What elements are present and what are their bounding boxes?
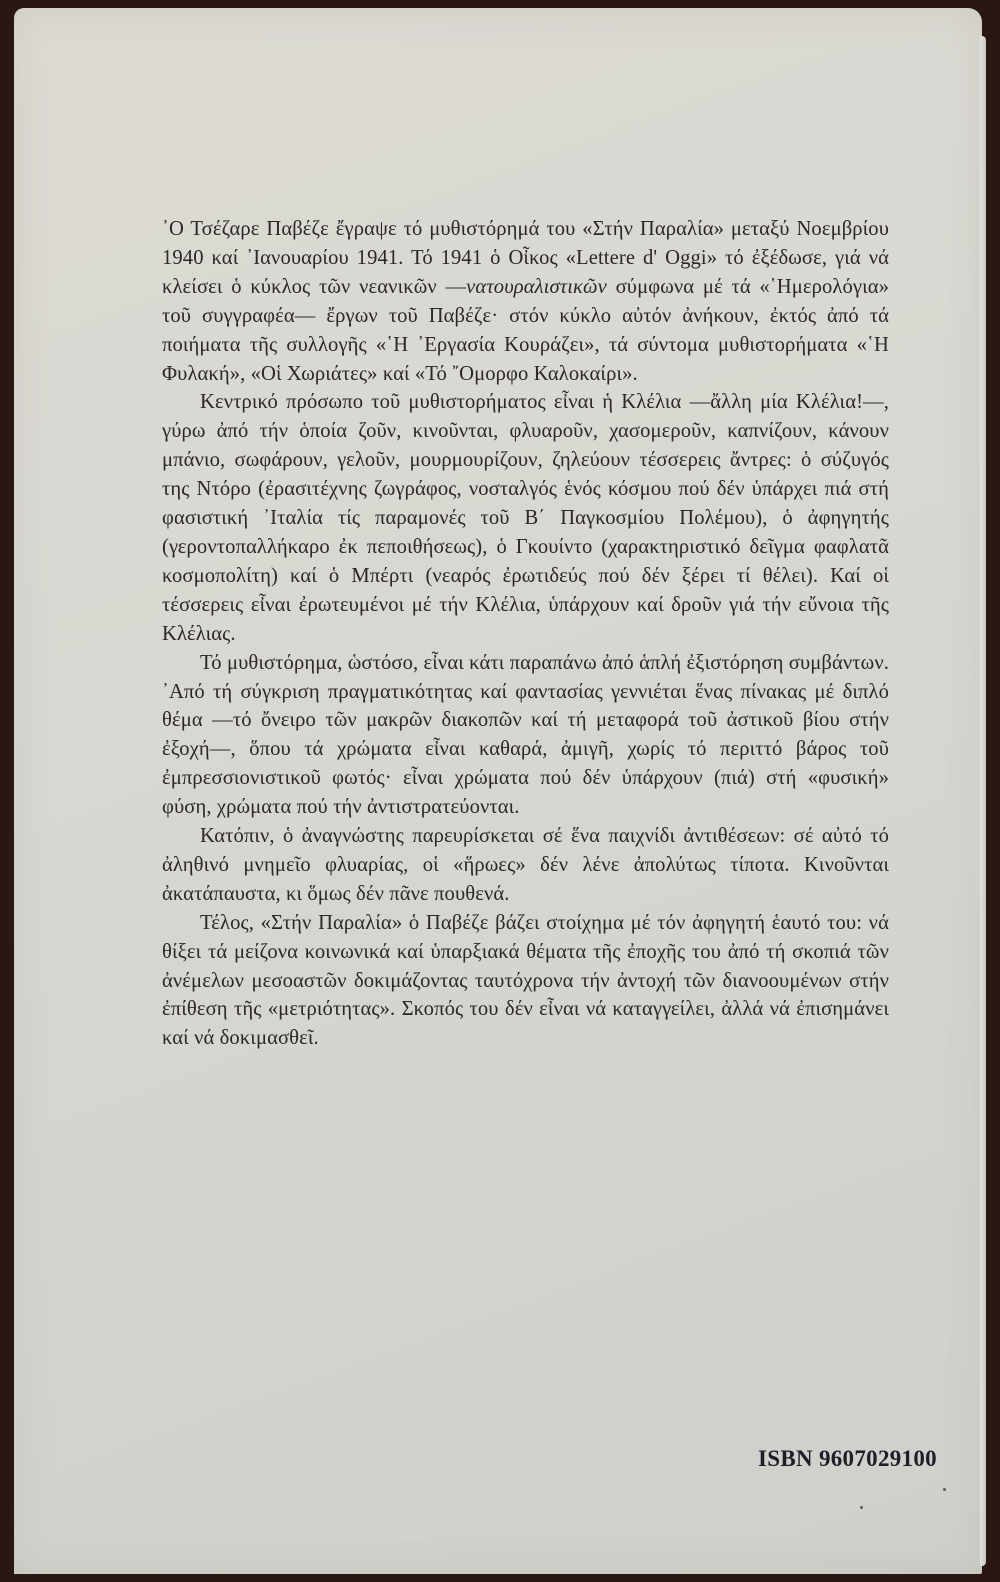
paragraph-2: Κεντρικό πρόσωπο τοῦ μυθιστορήματος εἶνα… bbox=[162, 388, 889, 648]
paragraph-4: Κατόπιν, ὁ ἀναγνώστης παρευρίσκεται σέ ἕ… bbox=[162, 822, 889, 909]
paragraph-3: Τό μυθιστόρημα, ὡστόσο, εἶναι κάτι παραπ… bbox=[162, 649, 889, 822]
book-back-cover: ᾿Ο Τσέζαρε Παβέζε ἔγραψε τό μυθιστόρημά … bbox=[14, 8, 982, 1574]
blurb-text: ᾿Ο Τσέζαρε Παβέζε ἔγραψε τό μυθιστόρημά … bbox=[162, 215, 889, 1053]
paragraph-1: ᾿Ο Τσέζαρε Παβέζε ἔγραψε τό μυθιστόρημά … bbox=[162, 215, 889, 388]
paper-speck bbox=[860, 1506, 863, 1509]
paper-speck bbox=[943, 1488, 946, 1491]
paragraph-5: Τέλος, «Στήν Παραλία» ὁ Παβέζε βάζει στο… bbox=[162, 909, 889, 1054]
isbn-label: ISBN 9607029100 bbox=[758, 1446, 937, 1472]
paragraph-1-italic-run: νατουραλιστικῶν bbox=[466, 276, 607, 298]
